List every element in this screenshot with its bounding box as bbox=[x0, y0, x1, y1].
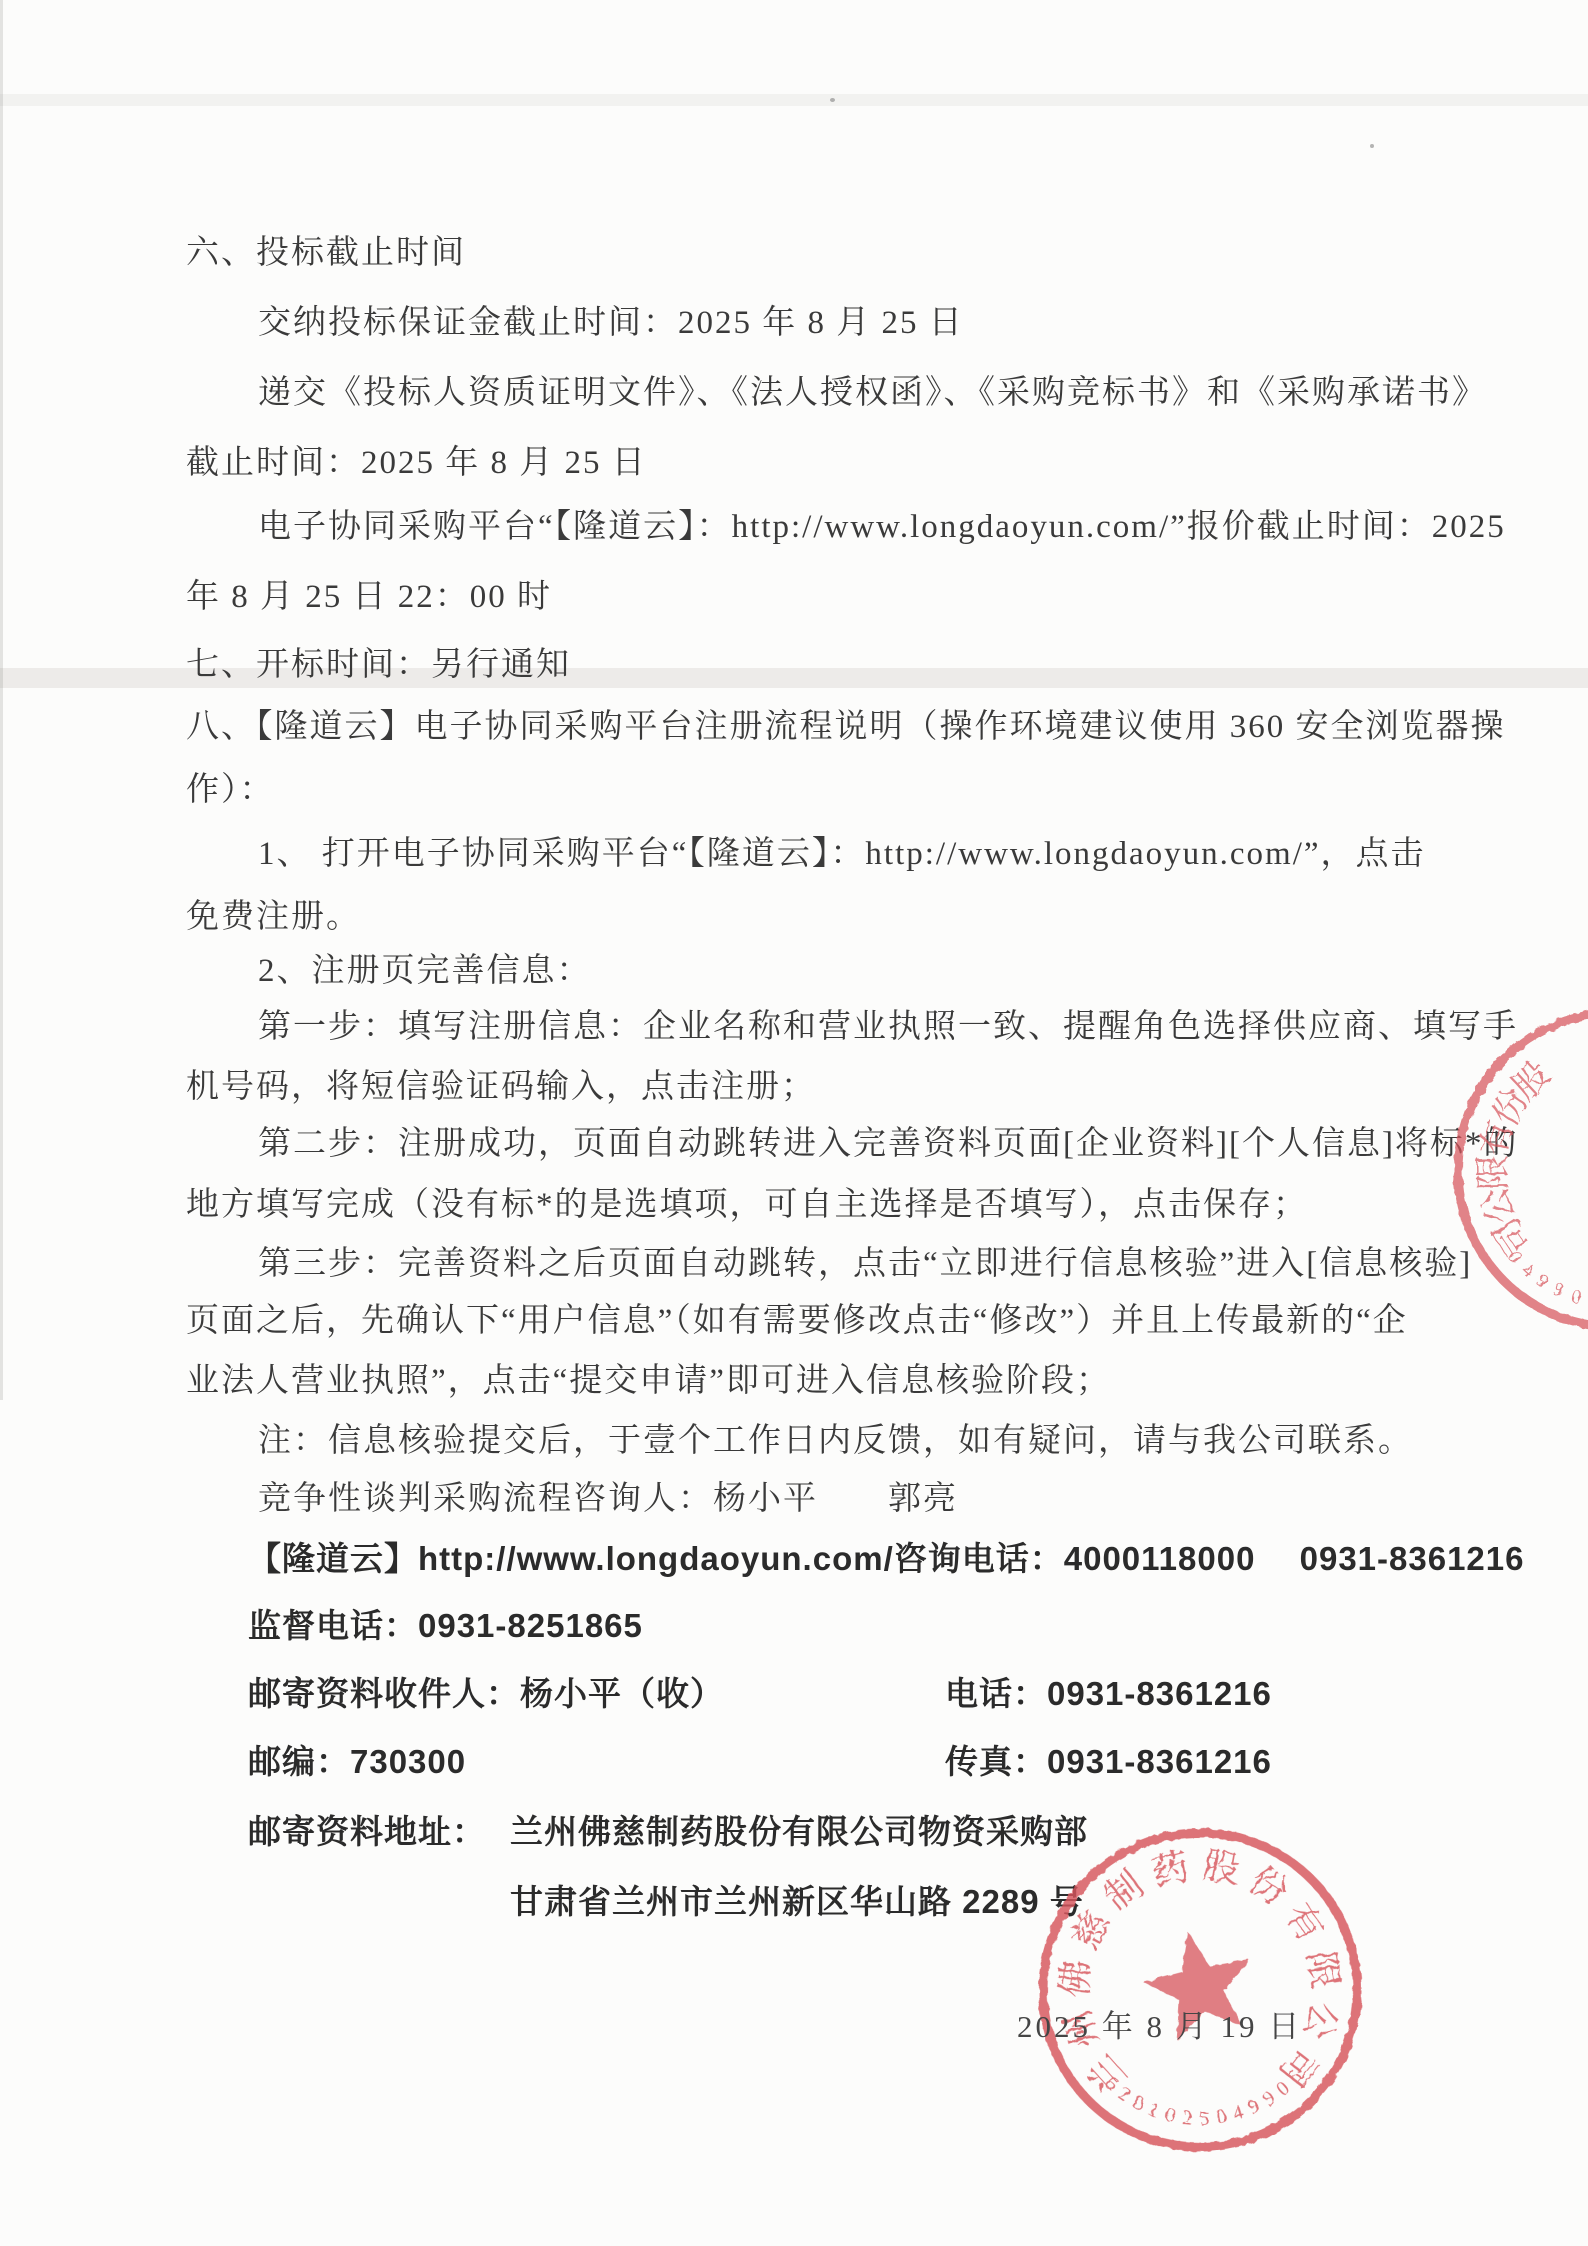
supervision-phone-line: 监督电话：0931-8251865 bbox=[248, 1600, 643, 1647]
svg-text:9: 9 bbox=[1550, 1279, 1567, 1302]
document-page: 六、投标截止时间 交纳投标保证金截止时间：2025 年 8 月 25 日 递交《… bbox=[0, 0, 1588, 2246]
doc-line: 第三步：完善资料之后页面自动跳转，点击“立即进行信息核验”进入[信息核验] bbox=[258, 1237, 1472, 1284]
scan-speck bbox=[830, 98, 835, 102]
doc-line: 免费注册。 bbox=[186, 890, 361, 937]
doc-line: 作）： bbox=[186, 763, 275, 810]
svg-text:4: 4 bbox=[1517, 1259, 1538, 1281]
mail-address-line1: 兰州佛慈制药股份有限公司物资采购部 bbox=[510, 1806, 1088, 1853]
doc-line: 电子协同采购平台“【隆道云】：http://www.longdaoyun.com… bbox=[258, 500, 1506, 547]
fax-number: 传真：0931-8361216 bbox=[945, 1736, 1272, 1783]
company-seal-stamp: 兰州佛慈制药股份有限公司 6201025049905 bbox=[1020, 1810, 1380, 2170]
doc-line: 地方填写完成（没有标*的是选填项，可自主选择是否填写），点击保存； bbox=[186, 1178, 1308, 1225]
partial-seal-digits: 0 4 9 9 0 5 bbox=[1504, 1247, 1588, 1313]
contact-phone: 电话：0931-8361216 bbox=[945, 1668, 1272, 1715]
doc-line: 业法人营业执照”，点击“提交申请”即可进入信息核验阶段； bbox=[186, 1354, 1111, 1401]
doc-line: 八、【隆道云】电子协同采购平台注册流程说明（操作环境建议使用 360 安全浏览器… bbox=[186, 700, 1506, 747]
doc-line: 第一步：填写注册信息：企业名称和营业执照一致、提醒角色选择供应商、填写手 bbox=[258, 1000, 1518, 1047]
doc-line: 第二步：注册成功，页面自动跳转进入完善资料页面[企业资料][个人信息]将标*的 bbox=[258, 1117, 1518, 1164]
doc-line: 交纳投标保证金截止时间：2025 年 8 月 25 日 bbox=[258, 296, 964, 343]
date-line: 2025 年 8 月 19 日 bbox=[1017, 2001, 1302, 2046]
doc-line: 1、 打开电子协同采购平台“【隆道云】：http://www.longdaoyu… bbox=[258, 827, 1426, 874]
doc-line: 六、投标截止时间 bbox=[186, 226, 466, 273]
doc-line: 递交《投标人资质证明文件》、《法人授权函》、《采购竞标书》和《采购承诺书》 bbox=[258, 366, 1487, 413]
mail-address-line2: 甘肃省兰州市兰州新区华山路 2289 号 bbox=[510, 1876, 1084, 1923]
postcode: 邮编：730300 bbox=[248, 1736, 466, 1783]
doc-line: 页面之后，先确认下“用户信息”（如有需要修改点击“修改”）并且上传最新的“企 bbox=[186, 1294, 1408, 1341]
scan-artifact-band bbox=[0, 94, 1588, 106]
scan-edge-line bbox=[0, 0, 3, 1400]
scan-speck bbox=[1370, 144, 1374, 148]
mail-recipient: 邮寄资料收件人：杨小平（收） bbox=[248, 1668, 724, 1715]
doc-line: 竞争性谈判采购流程咨询人：杨小平 郭亮 bbox=[258, 1472, 958, 1519]
doc-line: 年 8 月 25 日 22：00 时 bbox=[186, 570, 552, 617]
platform-contact-line: 【隆道云】http://www.longdaoyun.com/咨询电话：4000… bbox=[248, 1533, 1525, 1580]
doc-line: 截止时间：2025 年 8 月 25 日 bbox=[186, 436, 647, 483]
svg-text:0: 0 bbox=[1569, 1286, 1584, 1309]
doc-line: 机号码，将短信验证码输入，点击注册； bbox=[186, 1060, 816, 1107]
doc-line: 2、注册页完善信息： bbox=[258, 944, 592, 991]
mail-address-label: 邮寄资料地址： bbox=[248, 1806, 486, 1853]
partial-seal-stamp: 股 份 有 限 公 司 0 4 9 9 0 5 bbox=[1435, 990, 1588, 1350]
doc-line: 注：信息核验提交后，于壹个工作日内反馈，如有疑问，请与我公司联系。 bbox=[258, 1414, 1413, 1461]
doc-line: 七、开标时间：另行通知 bbox=[186, 638, 571, 685]
svg-text:9: 9 bbox=[1533, 1270, 1552, 1293]
